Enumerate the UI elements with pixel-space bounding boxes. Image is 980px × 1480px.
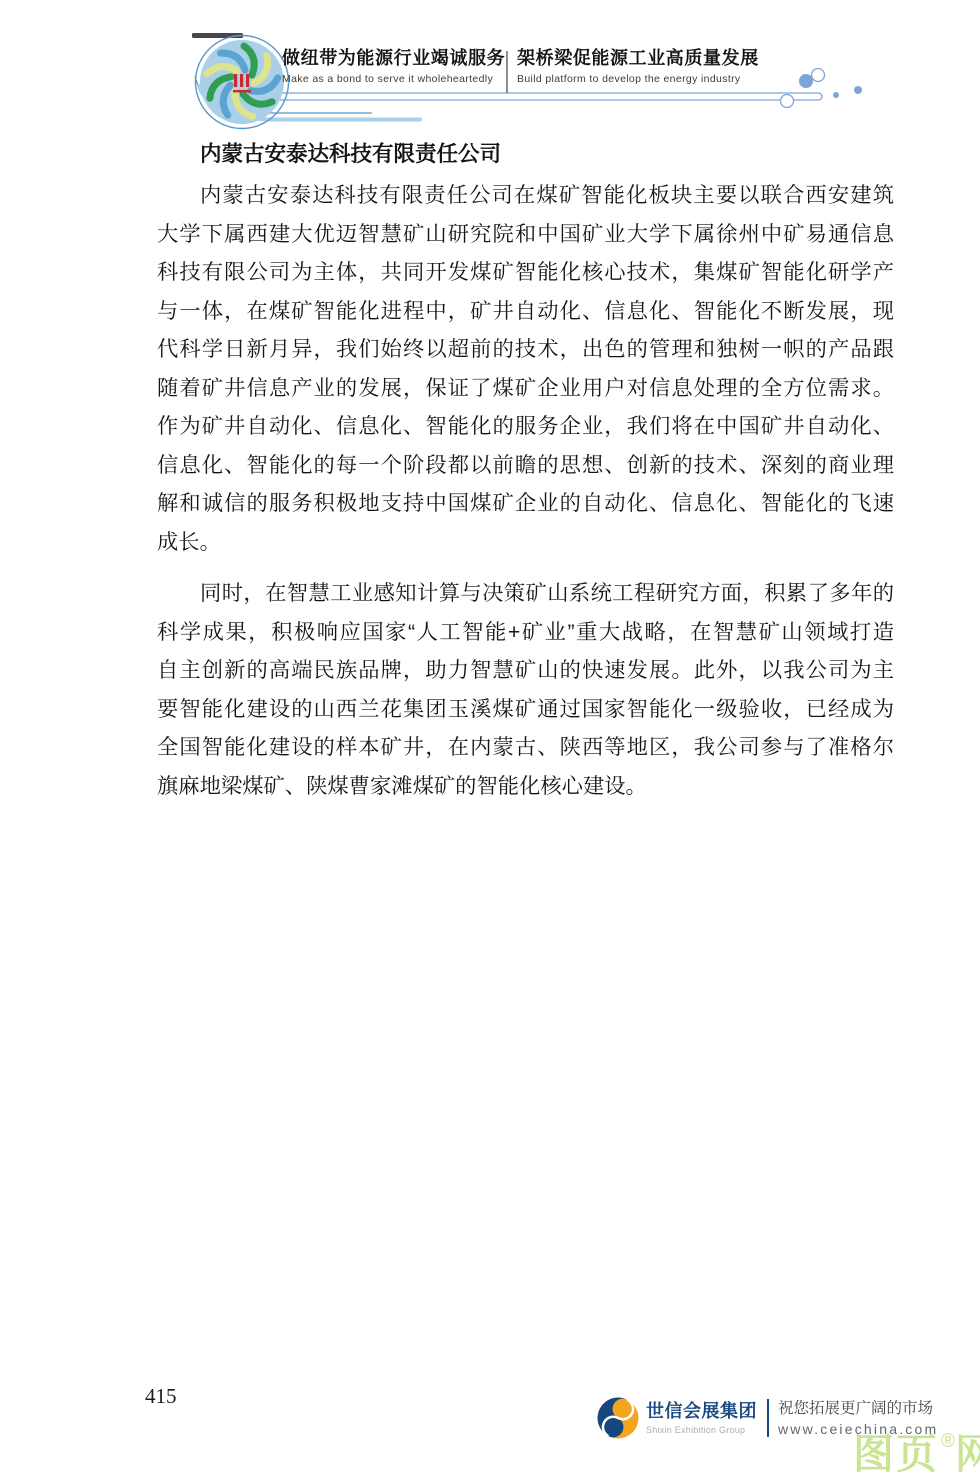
text-line: 旗麻地梁煤矿、陕煤曹家滩煤矿的智能化核心建设。: [157, 767, 894, 806]
text-line: 代科学日新月异，我们始终以超前的技术，出色的管理和独树一帜的产品跟: [157, 330, 894, 369]
page-number: 415: [145, 1384, 177, 1409]
bubble-ornament: [781, 69, 863, 108]
shixin-logo-icon: [597, 1397, 639, 1439]
text-line: 科学成果，积极响应国家“人工智能+矿业”重大战略，在智慧矿山领域打造: [157, 613, 894, 652]
header-slogan-right: 架桥梁促能源工业高质量发展 Build platform to develop …: [517, 47, 759, 85]
document-page: 做纽带为能源行业竭诚服务 Make as a bond to serve it …: [0, 0, 980, 1480]
slogan-left-zh: 做纽带为能源行业竭诚服务: [282, 47, 505, 69]
association-logo-icon: [196, 36, 289, 129]
text-line: 全国智能化建设的样本矿井，在内蒙古、陕西等地区，我公司参与了准格尔: [157, 728, 894, 767]
brand-name-en: Shixin Exhibition Group: [646, 1425, 757, 1435]
brand-name-zh: 世信会展集团: [646, 1401, 757, 1422]
text-line: 解和诚信的服务积极地支持中国煤矿企业的自动化、信息化、智能化的飞速: [157, 484, 894, 523]
slogan-left-en: Make as a bond to serve it wholeheartedl…: [282, 73, 505, 85]
swoosh-thick-line: [199, 86, 420, 120]
header-slogan-divider: [506, 51, 508, 93]
footer-divider: [767, 1399, 769, 1437]
slogan-right-zh: 架桥梁促能源工业高质量发展: [517, 47, 759, 69]
text-line: 信息化、智能化的每一个阶段都以前瞻的思想、创新的技术、深刻的商业理: [157, 446, 894, 485]
company-title: 内蒙古安泰达科技有限责任公司: [157, 141, 894, 167]
text-line: 科技有限公司为主体，共同开发煤矿智能化核心技术，集煤矿智能化研学产: [157, 253, 894, 292]
watermark-text-left: 图页: [853, 1431, 939, 1477]
watermark: 图页®网: [853, 1420, 980, 1476]
text-line: 内蒙古安泰达科技有限责任公司在煤矿智能化板块主要以联合西安建筑: [157, 176, 894, 215]
logo-top-stroke: [192, 33, 243, 38]
text-line: 成长。: [157, 523, 894, 562]
text-line: 同时，在智慧工业感知计算与决策矿山系统工程研究方面，积累了多年的: [157, 574, 894, 613]
logo-pinwheel: [205, 46, 280, 120]
text-line: 大学下属西建大优迈智慧矿山研究院和中国矿业大学下属徐州中矿易通信息: [157, 215, 894, 254]
document-body: 内蒙古安泰达科技有限责任公司 内蒙古安泰达科技有限责任公司在煤矿智能化板块主要以…: [157, 141, 894, 805]
text-line: 作为矿井自动化、信息化、智能化的服务企业，我们将在中国矿井自动化、: [157, 407, 894, 446]
paragraph-2: 同时，在智慧工业感知计算与决策矿山系统工程研究方面，积累了多年的 科学成果，积极…: [157, 574, 894, 805]
text-line: 与一体，在煤矿智能化进程中，矿井自动化、信息化、智能化不断发展，现: [157, 292, 894, 331]
header-tube-line: [262, 93, 822, 100]
text-line: 自主创新的高端民族品牌，助力智慧矿山的快速发展。此外，以我公司为主: [157, 651, 894, 690]
brand-names: 世信会展集团 Shixin Exhibition Group: [646, 1401, 757, 1435]
slogan-right-en: Build platform to develop the energy ind…: [517, 73, 759, 85]
footer-tagline: 祝您拓展更广阔的市场: [778, 1400, 938, 1418]
paragraph-1: 内蒙古安泰达科技有限责任公司在煤矿智能化板块主要以联合西安建筑 大学下属西建大优…: [157, 176, 894, 561]
watermark-text-right: 网: [955, 1431, 980, 1477]
text-line: 随着矿井信息产业的发展，保证了煤矿企业用户对信息处理的全方位需求。: [157, 369, 894, 408]
header-slogan-left: 做纽带为能源行业竭诚服务 Make as a bond to serve it …: [282, 47, 505, 85]
text-line: 要智能化建设的山西兰花集团玉溪煤矿通过国家智能化一级验收，已经成为: [157, 690, 894, 729]
registered-mark-icon: ®: [941, 1431, 955, 1452]
